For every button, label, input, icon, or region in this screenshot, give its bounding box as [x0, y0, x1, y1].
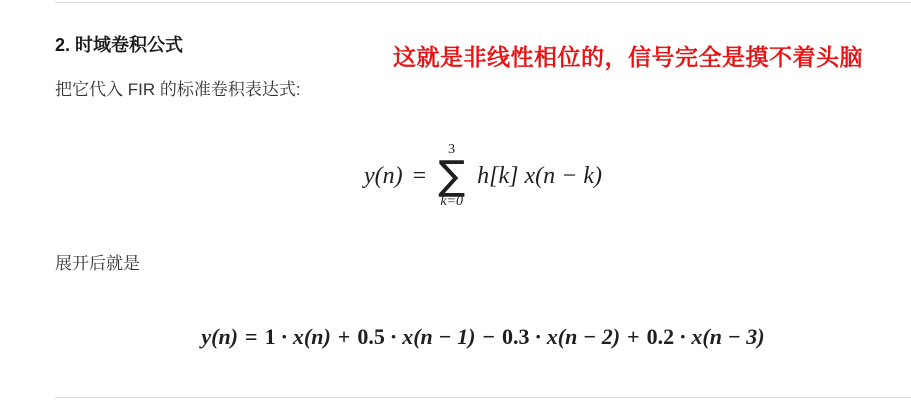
- sum-lower-limit: k=0: [440, 195, 463, 209]
- bottom-divider: [55, 397, 911, 398]
- paragraph-intro: 把它代入 FIR 的标准卷积表达式:: [55, 77, 301, 103]
- summation-symbol: 3 ∑ k=0: [438, 143, 465, 209]
- multiply-dot: ·: [534, 324, 541, 349]
- math-term: x(n − 3): [691, 324, 764, 349]
- math-term: x(n − 2): [547, 324, 620, 349]
- section-heading: 2. 时域卷积公式: [55, 34, 183, 57]
- math-coefficient: 0.3: [502, 324, 530, 349]
- multiply-dot: ·: [679, 324, 686, 349]
- math-coefficient: 0.2: [647, 324, 675, 349]
- equals-sign: =: [413, 163, 427, 190]
- math-coefficient: 1: [265, 324, 276, 349]
- red-annotation-text: 这就是非线性相位的，信号完全是摸不着头脑: [393, 44, 863, 70]
- formula-expanded: y(n)=1·x(n)+0.5·x(n − 1)−0.3·x(n − 2)+0.…: [55, 320, 911, 353]
- paragraph-expand: 展开后就是: [55, 251, 140, 277]
- math-term: x(n − 1): [402, 324, 475, 349]
- formula-rhs: h[k] x(n − k): [477, 163, 602, 190]
- formula-lhs: y(n): [364, 163, 403, 190]
- math-operator: =: [245, 324, 258, 349]
- math-term: x(n): [293, 324, 331, 349]
- math-coefficient: 0.5: [357, 324, 385, 349]
- math-operator: +: [627, 324, 640, 349]
- multiply-dot: ·: [390, 324, 397, 349]
- math-term: y(n): [201, 324, 238, 349]
- formula-convolution: y(n) = 3 ∑ k=0 h[k] x(n − k): [55, 138, 911, 214]
- document-page: 2. 时域卷积公式 这就是非线性相位的，信号完全是摸不着头脑 把它代入 FIR …: [0, 0, 911, 402]
- math-operator: +: [338, 324, 351, 349]
- multiply-dot: ·: [281, 324, 288, 349]
- top-divider: [55, 2, 911, 3]
- math-operator: −: [482, 324, 495, 349]
- sigma-icon: ∑: [438, 158, 465, 194]
